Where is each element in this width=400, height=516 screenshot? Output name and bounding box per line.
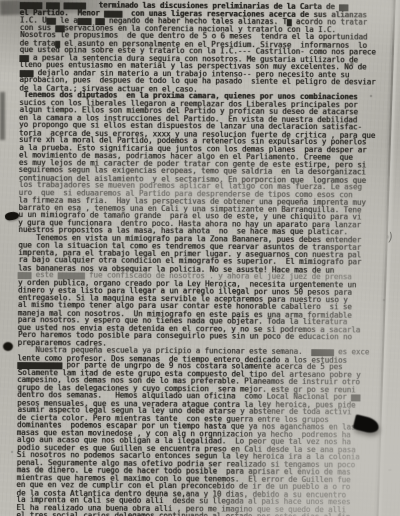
letter-text: ▆▆▆▆▆ ▆▆▆ ▆▆▆▆▆ terminado las discusione… bbox=[16, 1, 396, 516]
ink-blob-left-lower bbox=[3, 342, 13, 351]
scanned-letter-page: ▆▆▆▆▆ ▆▆▆ ▆▆▆▆▆ terminado las discusione… bbox=[0, 0, 400, 516]
ink-streak-left-edge bbox=[0, 92, 5, 140]
text-line: el tres social carios delegamos continua… bbox=[16, 511, 392, 516]
